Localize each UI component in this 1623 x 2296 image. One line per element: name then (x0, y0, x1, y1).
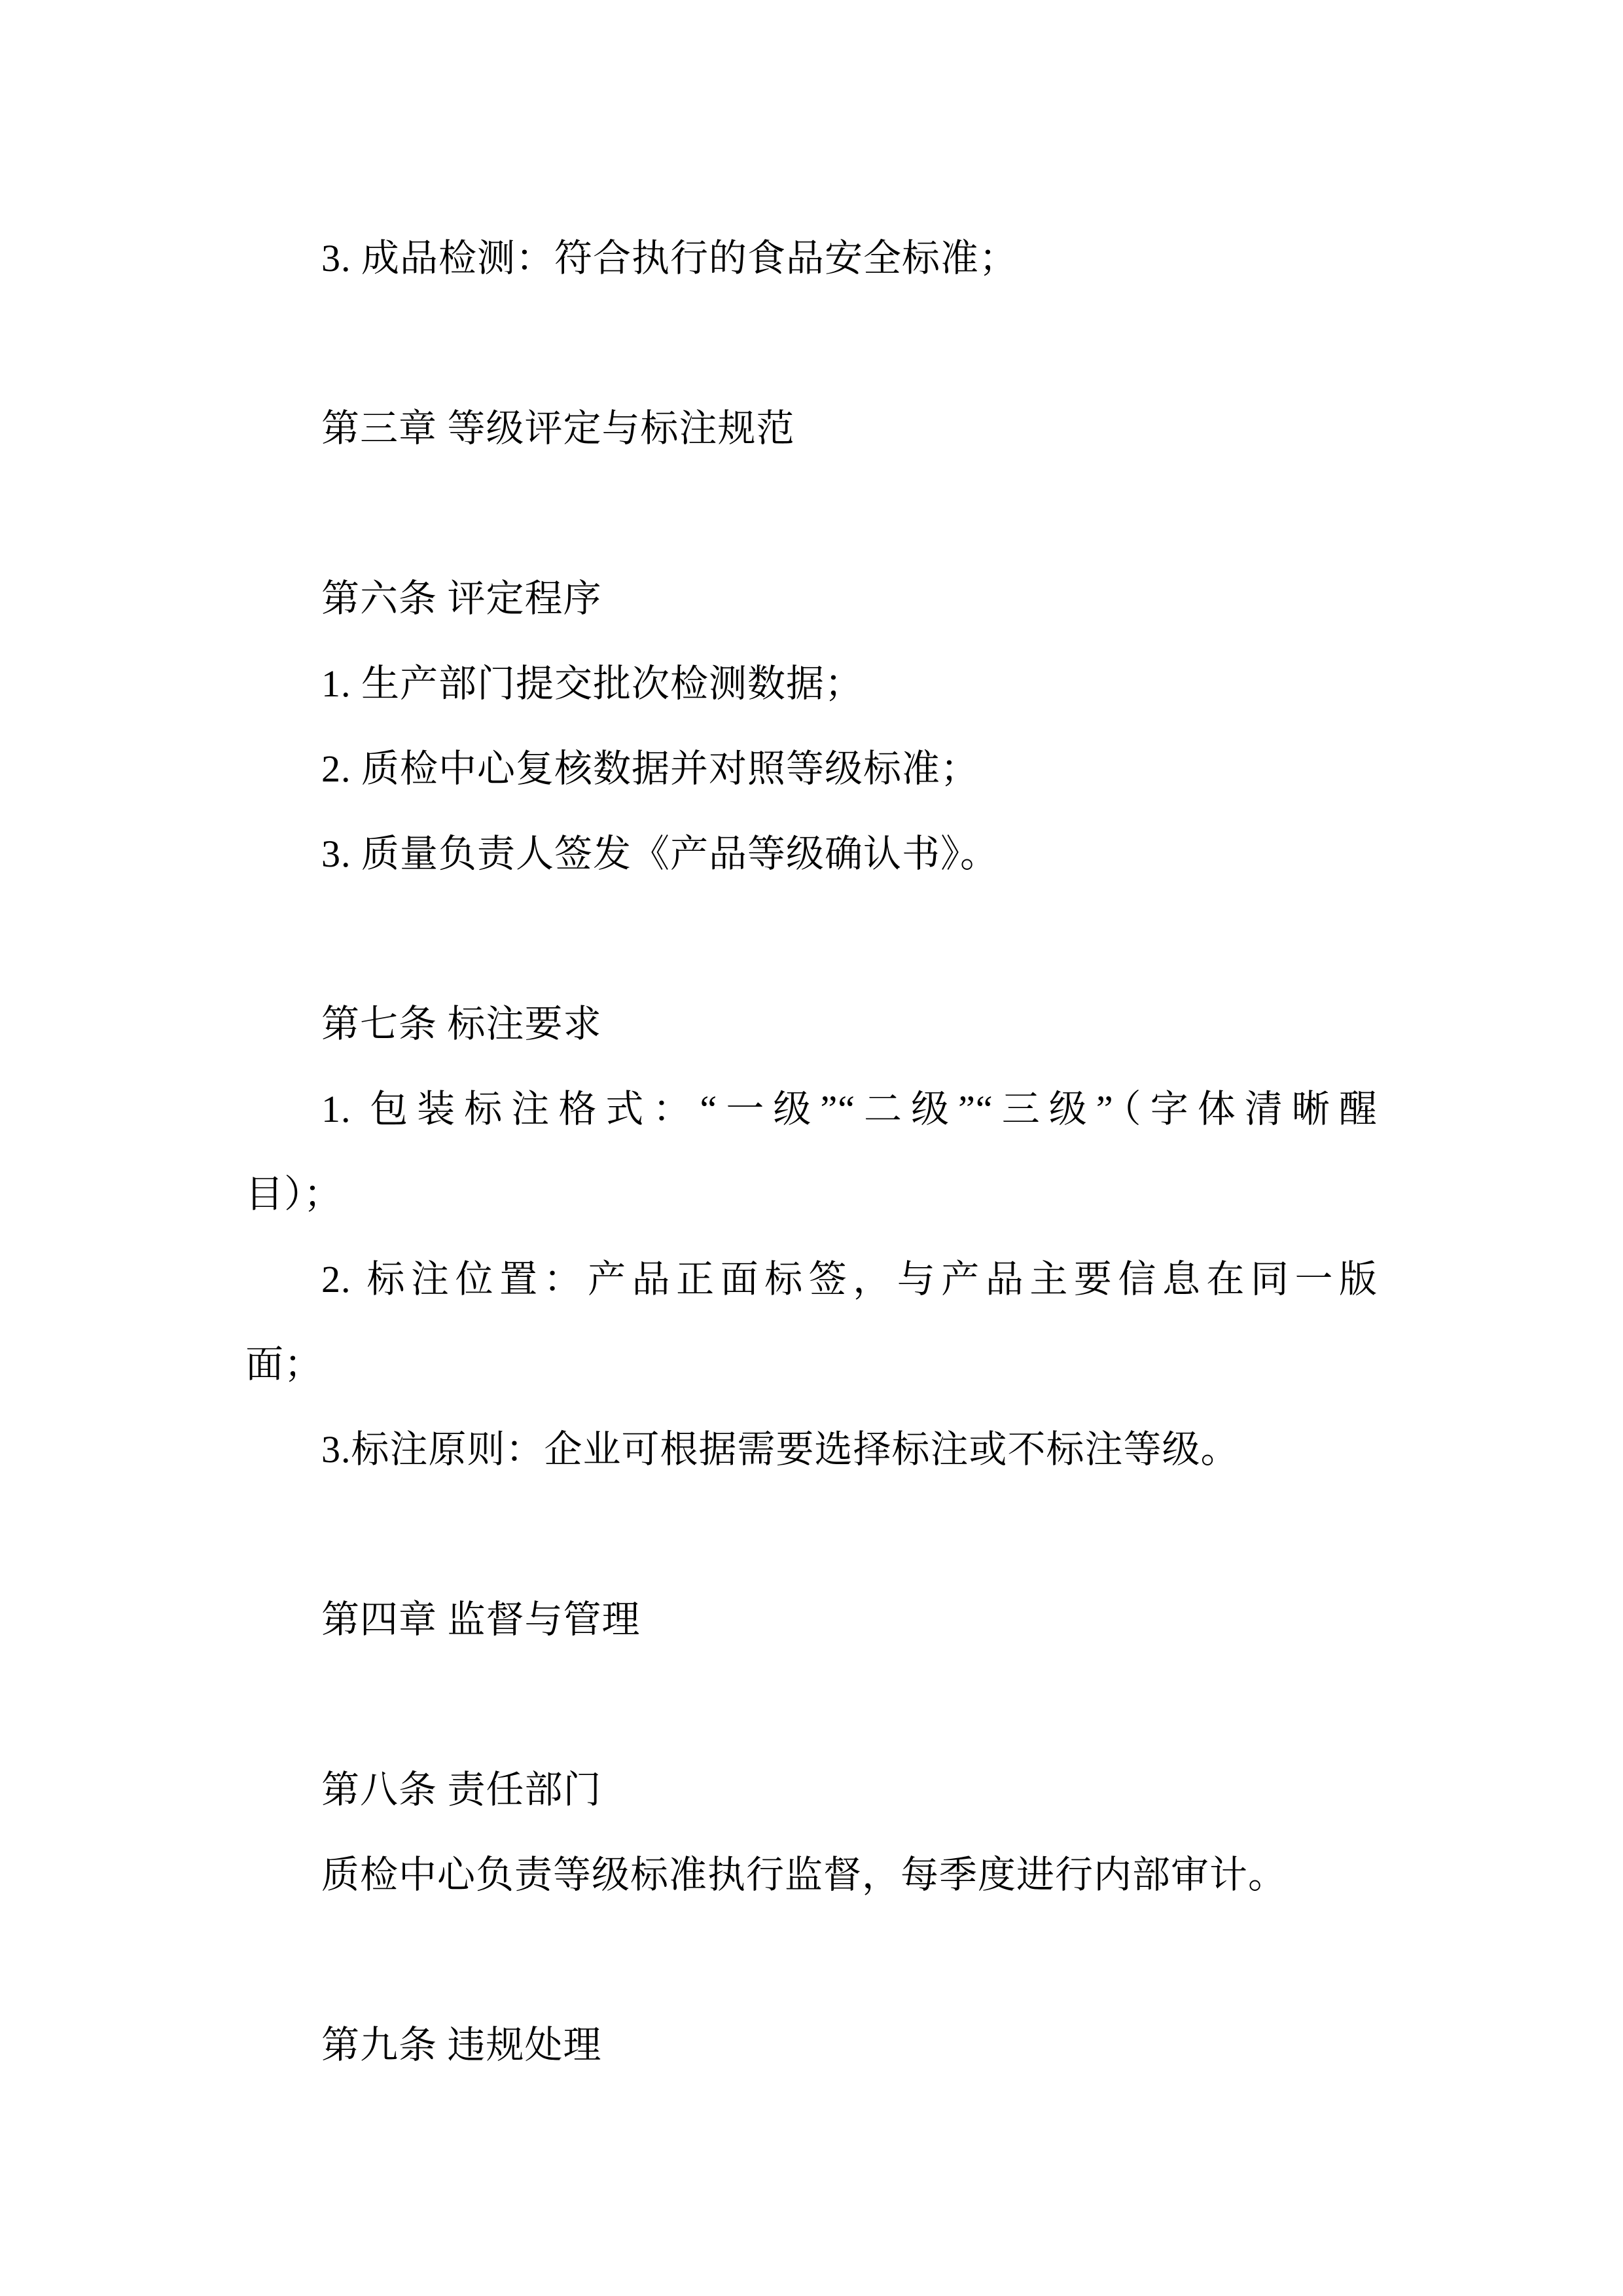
text-line: 第八条 责任部门 (245, 1748, 1378, 1833)
chapter-3-heading: 第三章 等级评定与标注规范 (245, 386, 1378, 471)
text-line: 质检中心负责等级标准执行监督，每季度进行内部审计。 (245, 1833, 1378, 1918)
text-line: 3. 成品检测：符合执行的食品安全标准； (245, 216, 1378, 301)
text-line: 2. 标注位置：产品正面标签，与产品主要信息在同一版 (245, 1237, 1378, 1322)
text-line: 第六条 评定程序 (245, 556, 1378, 641)
article-8-responsible-department: 第八条 责任部门质检中心负责等级标准执行监督，每季度进行内部审计。 (245, 1748, 1378, 1918)
text-line: 第三章 等级评定与标注规范 (245, 386, 1378, 471)
text-line: 3.标注原则：企业可根据需要选择标注或不标注等级。 (245, 1407, 1378, 1492)
chapter-4-heading: 第四章 监督与管理 (245, 1577, 1378, 1662)
article-9-violation-handling: 第九条 违规处理 (245, 2003, 1378, 2088)
text-line: 面； (245, 1322, 1378, 1407)
text-line: 3. 质量负责人签发《产品等级确认书》。 (245, 812, 1378, 897)
document-content: 3. 成品检测：符合执行的食品安全标准；第三章 等级评定与标注规范第六条 评定程… (0, 0, 1623, 2088)
text-line: 2. 质检中心复核数据并对照等级标准； (245, 726, 1378, 812)
text-line: 第四章 监督与管理 (245, 1577, 1378, 1662)
article-6-evaluation-procedure: 第六条 评定程序1. 生产部门提交批次检测数据；2. 质检中心复核数据并对照等级… (245, 556, 1378, 897)
text-line: 第九条 违规处理 (245, 2003, 1378, 2088)
text-line: 第七条 标注要求 (245, 982, 1378, 1067)
article-7-labeling-requirements: 第七条 标注要求1. 包装标注格式：“一级”“二级”“三级”（字体清晰醒目）；2… (245, 982, 1378, 1492)
text-line: 目）； (245, 1152, 1378, 1237)
document-page: 3. 成品检测：符合执行的食品安全标准；第三章 等级评定与标注规范第六条 评定程… (0, 0, 1623, 2296)
text-line: 1. 生产部门提交批次检测数据； (245, 641, 1378, 726)
text-line: 1. 包装标注格式：“一级”“二级”“三级”（字体清晰醒 (245, 1067, 1378, 1152)
clause-item-finished-product-testing: 3. 成品检测：符合执行的食品安全标准； (245, 216, 1378, 301)
